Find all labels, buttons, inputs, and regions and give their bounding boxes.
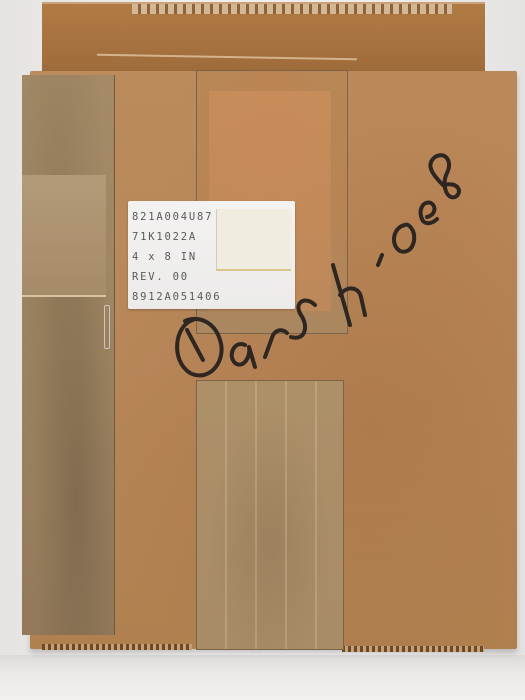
table-surface bbox=[0, 655, 525, 700]
shipping-label: 821A004U87 71K1022A 4 x 8 IN REV. 00 891… bbox=[128, 201, 295, 309]
corrugated-edge-right bbox=[342, 646, 484, 652]
torn-tape-section bbox=[22, 175, 106, 297]
packing-tape-left bbox=[22, 75, 115, 635]
label-part-number: 821A004U87 bbox=[132, 207, 295, 227]
label-model-code: 71K1022A bbox=[132, 227, 295, 247]
box-back-flap bbox=[42, 2, 485, 76]
packing-tape-bottom bbox=[196, 380, 344, 650]
label-revision: REV. 00 bbox=[132, 267, 295, 287]
corrugated-edge-left bbox=[42, 644, 192, 650]
label-serial-number: 8912A051406 bbox=[132, 287, 295, 307]
label-dimensions: 4 x 8 IN bbox=[132, 247, 295, 267]
torn-flap-edge bbox=[132, 4, 452, 14]
flap-crease bbox=[97, 54, 357, 61]
staple bbox=[104, 305, 110, 349]
